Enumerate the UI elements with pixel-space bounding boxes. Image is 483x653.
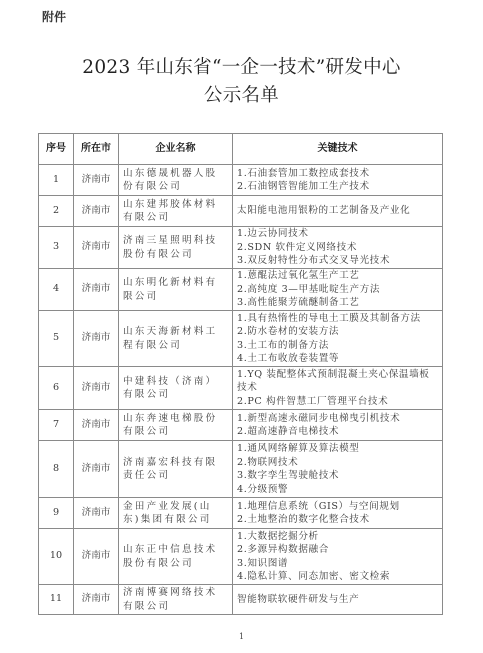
company-name-cell: 山东明化新材料有限公司 xyxy=(119,269,233,311)
key-tech-cell: 智能物联软硬件研发与生产 xyxy=(233,585,443,615)
key-tech-cell: 1.边云协同技术2.SDN 软件定义网络技术3.双反射特性分布式交叉导光技术 xyxy=(233,227,443,269)
city-cell: 济南市 xyxy=(74,441,119,498)
table-row: 7济南市山东奔速电梯股份有限公司1.新型高速永磁同步电梯曳引机技术2.超高速静音… xyxy=(39,410,443,441)
key-tech-cell: 1.具有热惰性的导电土工膜及其制备方法2.防水卷材的安装方法3.土工布的制备方法… xyxy=(233,311,443,367)
table-row: 4济南市山东明化新材料有限公司1.蒽醌法过氧化氢生产工艺2.高纯度 3—甲基吡啶… xyxy=(39,269,443,311)
key-tech-item: 1.YQ 装配整体式预制混凝土夹心保温墙板 xyxy=(237,368,438,382)
company-name-cell: 山东德晟机器人股份有限公司 xyxy=(119,165,233,196)
key-tech-item: 4.隐私计算、同态加密、密文检索 xyxy=(237,570,438,584)
table-row: 5济南市山东天海新材料工程有限公司1.具有热惰性的导电土工膜及其制备方法2.防水… xyxy=(39,311,443,367)
city-cell: 济南市 xyxy=(74,196,119,227)
table-row: 9济南市金田产业发展(山东)集团有限公司1.地理信息系统（GIS）与空间规划2.… xyxy=(39,498,443,529)
row-number: 11 xyxy=(39,585,74,615)
company-name-cell: 山东正中信息技术股份有限公司 xyxy=(119,529,233,585)
company-name-cell: 中建科技（济南）有限公司 xyxy=(119,367,233,410)
key-tech-item: 2.石油钢管智能加工生产技术 xyxy=(237,180,438,194)
city-cell: 济南市 xyxy=(74,311,119,367)
key-tech-cell: 太阳能电池用银粉的工艺制备及产业化 xyxy=(233,196,443,227)
table-row: 3济南市济南三星照明科技股份有限公司1.边云协同技术2.SDN 软件定义网络技术… xyxy=(39,227,443,269)
table-header-row: 序号 所在市 企业名称 关键技术 xyxy=(39,134,443,165)
document-subtitle: 公示名单 xyxy=(0,81,483,107)
company-name-cell: 济南嘉宏科技有限责任公司 xyxy=(119,441,233,498)
column-header-key-tech: 关键技术 xyxy=(233,134,443,165)
row-number: 5 xyxy=(39,311,74,367)
key-tech-item: 1.新型高速永磁同步电梯曳引机技术 xyxy=(237,412,438,426)
city-cell: 济南市 xyxy=(74,227,119,269)
attachment-label: 附件 xyxy=(42,8,66,25)
key-tech-item: 技术 xyxy=(237,381,438,395)
key-tech-item: 2.超高速静音电梯技术 xyxy=(237,425,438,439)
company-name-cell: 山东奔速电梯股份有限公司 xyxy=(119,410,233,441)
key-tech-cell: 1.地理信息系统（GIS）与空间规划2.土地整治的数字化整合技术 xyxy=(233,498,443,529)
key-tech-item: 1.边云协同技术 xyxy=(237,227,438,241)
column-header-city: 所在市 xyxy=(74,134,119,165)
city-cell: 济南市 xyxy=(74,585,119,615)
key-tech-item: 1.通风网络解算及算法模型 xyxy=(237,442,438,456)
row-number: 1 xyxy=(39,165,74,196)
city-cell: 济南市 xyxy=(74,410,119,441)
key-tech-item: 2.多源异构数据融合 xyxy=(237,543,438,557)
row-number: 8 xyxy=(39,441,74,498)
column-header-company: 企业名称 xyxy=(119,134,233,165)
key-tech-item: 2.物联网技术 xyxy=(237,456,438,470)
key-tech-item: 太阳能电池用银粉的工艺制备及产业化 xyxy=(237,204,438,218)
row-number: 3 xyxy=(39,227,74,269)
row-number: 6 xyxy=(39,367,74,410)
company-name-cell: 金田产业发展(山东)集团有限公司 xyxy=(119,498,233,529)
company-name-cell: 济南博赛网络技术有限公司 xyxy=(119,585,233,615)
row-number: 7 xyxy=(39,410,74,441)
table-row: 1济南市山东德晟机器人股份有限公司1.石油套管加工数控成套技术2.石油钢管智能加… xyxy=(39,165,443,196)
key-tech-cell: 1.石油套管加工数控成套技术2.石油钢管智能加工生产技术 xyxy=(233,165,443,196)
city-cell: 济南市 xyxy=(74,269,119,311)
key-tech-item: 2.土地整治的数字化整合技术 xyxy=(237,513,438,527)
key-tech-item: 3.数字孪生驾驶舱技术 xyxy=(237,469,438,483)
table-row: 6济南市中建科技（济南）有限公司1.YQ 装配整体式预制混凝土夹心保温墙板技术2… xyxy=(39,367,443,410)
key-tech-item: 智能物联软硬件研发与生产 xyxy=(237,593,438,607)
table-row: 8济南市济南嘉宏科技有限责任公司1.通风网络解算及算法模型2.物联网技术3.数字… xyxy=(39,441,443,498)
row-number: 4 xyxy=(39,269,74,311)
row-number: 9 xyxy=(39,498,74,529)
key-tech-item: 1.石油套管加工数控成套技术 xyxy=(237,167,438,181)
key-tech-item: 3.知识图谱 xyxy=(237,557,438,571)
key-tech-item: 3.高性能聚芳硫醚制备工艺 xyxy=(237,296,438,310)
city-cell: 济南市 xyxy=(74,529,119,585)
key-tech-item: 1.地理信息系统（GIS）与空间规划 xyxy=(237,500,438,514)
row-number: 2 xyxy=(39,196,74,227)
table-row: 2济南市山东建邦胶体材料有限公司太阳能电池用银粉的工艺制备及产业化 xyxy=(39,196,443,227)
key-tech-item: 4.分级预警 xyxy=(237,483,438,497)
company-name-cell: 山东建邦胶体材料有限公司 xyxy=(119,196,233,227)
key-tech-item: 2.高纯度 3—甲基吡啶生产方法 xyxy=(237,283,438,297)
table-row: 10济南市山东正中信息技术股份有限公司1.大数据挖掘分析2.多源异构数据融合3.… xyxy=(39,529,443,585)
key-tech-item: 1.具有热惰性的导电土工膜及其制备方法 xyxy=(237,312,438,326)
row-number: 10 xyxy=(39,529,74,585)
city-cell: 济南市 xyxy=(74,498,119,529)
key-tech-item: 1.蒽醌法过氧化氢生产工艺 xyxy=(237,269,438,283)
key-tech-cell: 1.大数据挖掘分析2.多源异构数据融合3.知识图谱4.隐私计算、同态加密、密文检… xyxy=(233,529,443,585)
key-tech-item: 2.SDN 软件定义网络技术 xyxy=(237,241,438,255)
company-name-cell: 山东天海新材料工程有限公司 xyxy=(119,311,233,367)
column-header-number: 序号 xyxy=(39,134,74,165)
city-cell: 济南市 xyxy=(74,367,119,410)
key-tech-cell: 1.通风网络解算及算法模型2.物联网技术3.数字孪生驾驶舱技术4.分级预警 xyxy=(233,441,443,498)
key-tech-item: 4.土工布收放卷装置等 xyxy=(237,352,438,366)
key-tech-item: 2.PC 构件智慧工厂管理平台技术 xyxy=(237,395,438,409)
key-tech-item: 1.大数据挖掘分析 xyxy=(237,530,438,544)
page-number: 1 xyxy=(0,632,483,641)
table-row: 11济南市济南博赛网络技术有限公司智能物联软硬件研发与生产 xyxy=(39,585,443,615)
key-tech-item: 3.土工布的制备方法 xyxy=(237,339,438,353)
city-cell: 济南市 xyxy=(74,165,119,196)
key-tech-item: 3.双反射特性分布式交叉导光技术 xyxy=(237,254,438,268)
key-tech-cell: 1.新型高速永磁同步电梯曳引机技术2.超高速静音电梯技术 xyxy=(233,410,443,441)
key-tech-cell: 1.YQ 装配整体式预制混凝土夹心保温墙板技术2.PC 构件智慧工厂管理平台技术 xyxy=(233,367,443,410)
key-tech-cell: 1.蒽醌法过氧化氢生产工艺2.高纯度 3—甲基吡啶生产方法3.高性能聚芳硫醚制备… xyxy=(233,269,443,311)
document-title: 2023 年山东省“一企一技术”研发中心 xyxy=(0,53,483,79)
company-list-table: 序号 所在市 企业名称 关键技术 1济南市山东德晟机器人股份有限公司1.石油套管… xyxy=(38,133,443,615)
company-name-cell: 济南三星照明科技股份有限公司 xyxy=(119,227,233,269)
key-tech-item: 2.防水卷材的安装方法 xyxy=(237,325,438,339)
